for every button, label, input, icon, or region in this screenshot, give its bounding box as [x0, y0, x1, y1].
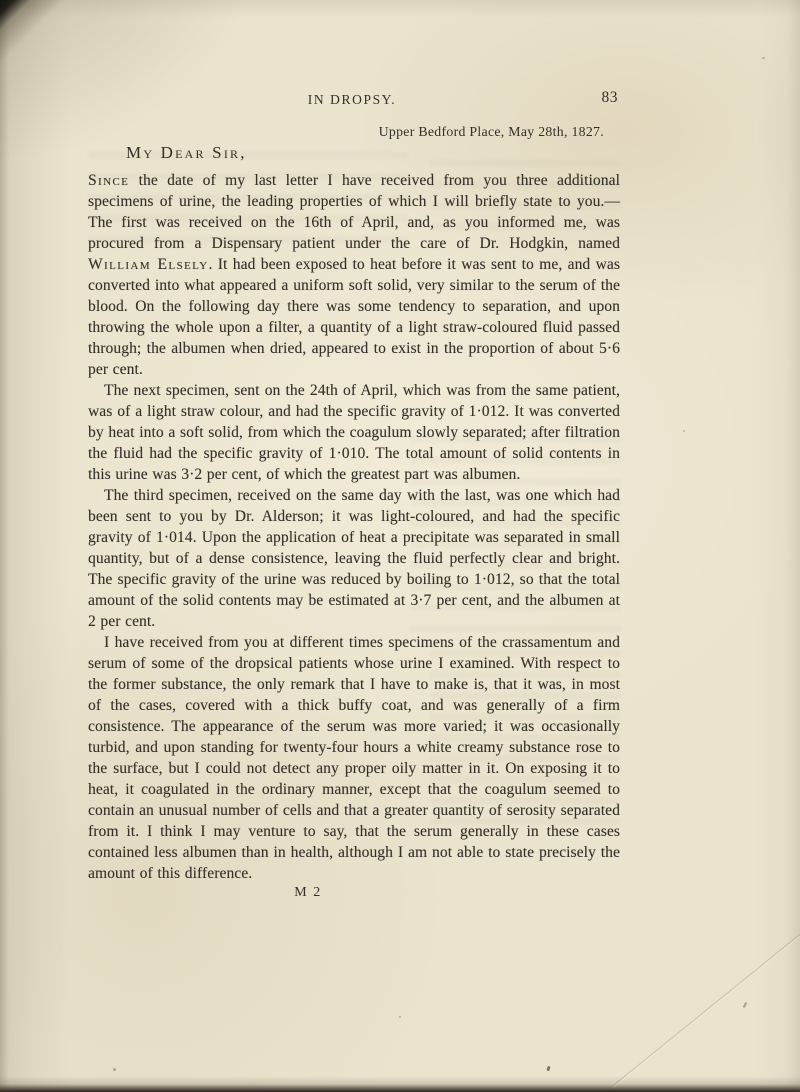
paragraph: The next specimen, sent on the 24th of A… — [88, 380, 620, 485]
paper-speck — [762, 57, 765, 59]
body-text: The third specimen, received on the same… — [88, 487, 620, 630]
letter-body: Since the date of my last letter I have … — [88, 170, 620, 884]
paragraph: The third specimen, received on the same… — [88, 485, 620, 632]
paper-crease — [612, 928, 800, 1087]
body-text: . It had been exposed to heat before it … — [88, 256, 620, 378]
body-text: the date of my last letter I have receiv… — [88, 172, 620, 252]
paragraph: Since the date of my last letter I have … — [88, 170, 620, 380]
scanned-page: IN DROPSY. 83 Upper Bedford Place, May 2… — [0, 0, 800, 1092]
small-caps-text: William Elsely — [88, 256, 209, 273]
dateline: Upper Bedford Place, May 28th, 1827. — [88, 124, 620, 140]
running-title: IN DROPSY. — [86, 92, 618, 108]
salutation: My Dear Sir, — [88, 143, 620, 163]
page-header: IN DROPSY. 83 — [88, 92, 620, 111]
text-column: IN DROPSY. 83 Upper Bedford Place, May 2… — [88, 0, 620, 901]
page-number: 83 — [602, 89, 619, 107]
signature-mark: M 2 — [42, 885, 574, 901]
paper-speck — [399, 1016, 401, 1018]
body-text: The next specimen, sent on the 24th of A… — [88, 382, 620, 483]
paper-speck — [743, 1002, 748, 1008]
small-caps-text: Since — [88, 172, 129, 189]
paper-speck — [683, 430, 685, 432]
paper-speck — [546, 1066, 550, 1072]
body-text: I have received from you at different ti… — [88, 634, 620, 882]
paragraph: I have received from you at different ti… — [88, 632, 620, 884]
paper-speck — [113, 1068, 116, 1071]
